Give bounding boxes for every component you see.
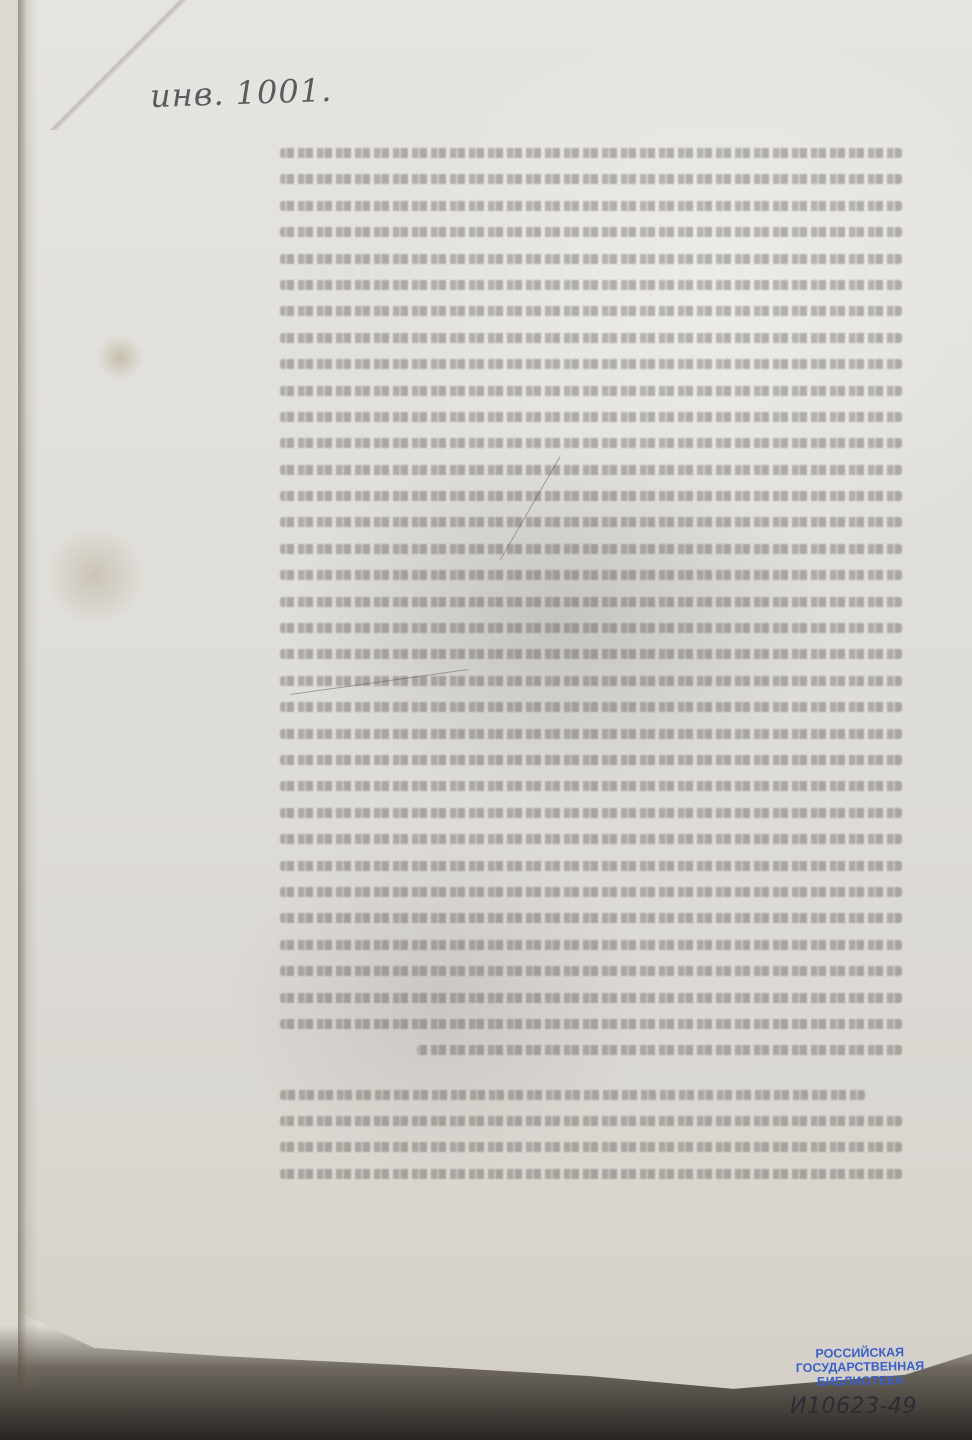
bleed-line [280, 1019, 902, 1029]
bleed-line [280, 755, 902, 765]
foxing-stain [95, 335, 145, 380]
bleed-line [280, 148, 902, 158]
stamp-line: ГОСУДАРСТВЕННАЯ [792, 1359, 928, 1375]
bleed-line [280, 227, 902, 237]
bleed-line [280, 491, 902, 501]
bleed-line [280, 254, 902, 264]
bleed-line [280, 1116, 902, 1126]
bleed-line [280, 887, 902, 897]
bleed-line [280, 834, 902, 844]
stamp-line: БИБЛИОТЕКА [792, 1373, 928, 1389]
bleed-line [280, 993, 902, 1003]
bleed-line [280, 940, 902, 950]
bleed-line [280, 1169, 902, 1179]
bleed-line [280, 623, 902, 633]
bleed-line [280, 597, 902, 607]
bleed-line [280, 465, 902, 475]
bleed-line [280, 808, 902, 818]
bleed-line [280, 676, 902, 686]
bleed-line [280, 544, 902, 554]
page-gutter-shadow [18, 0, 38, 1390]
bleed-line [280, 913, 902, 923]
bleed-line [417, 1045, 902, 1055]
handwritten-inventory-number: инв. 1001. [149, 71, 332, 115]
bleed-line [280, 280, 902, 290]
bleed-line [280, 517, 902, 527]
bleed-line [280, 359, 902, 369]
mirrored-bleed-through-text [280, 148, 902, 1195]
bleed-line [280, 1142, 902, 1152]
bleed-line [280, 702, 902, 712]
bleed-line [280, 438, 902, 448]
bleed-line [280, 649, 902, 659]
bleed-line [280, 386, 902, 396]
bleed-line [280, 333, 902, 343]
handwritten-shelfmark: И10623-49 [790, 1394, 917, 1419]
bleed-line [280, 781, 902, 791]
library-stamp: РОССИЙСКАЯ ГОСУДАРСТВЕННАЯ БИБЛИОТЕКА [792, 1345, 929, 1389]
water-stain [50, 520, 140, 630]
bleed-line [280, 570, 902, 580]
bleed-line [280, 1090, 865, 1100]
bleed-line [280, 201, 902, 211]
bleed-line [280, 966, 902, 976]
bleed-line [280, 729, 902, 739]
bleed-line [280, 306, 902, 316]
bleed-line [280, 861, 902, 871]
bleed-line [280, 174, 902, 184]
bleed-line [280, 412, 902, 422]
